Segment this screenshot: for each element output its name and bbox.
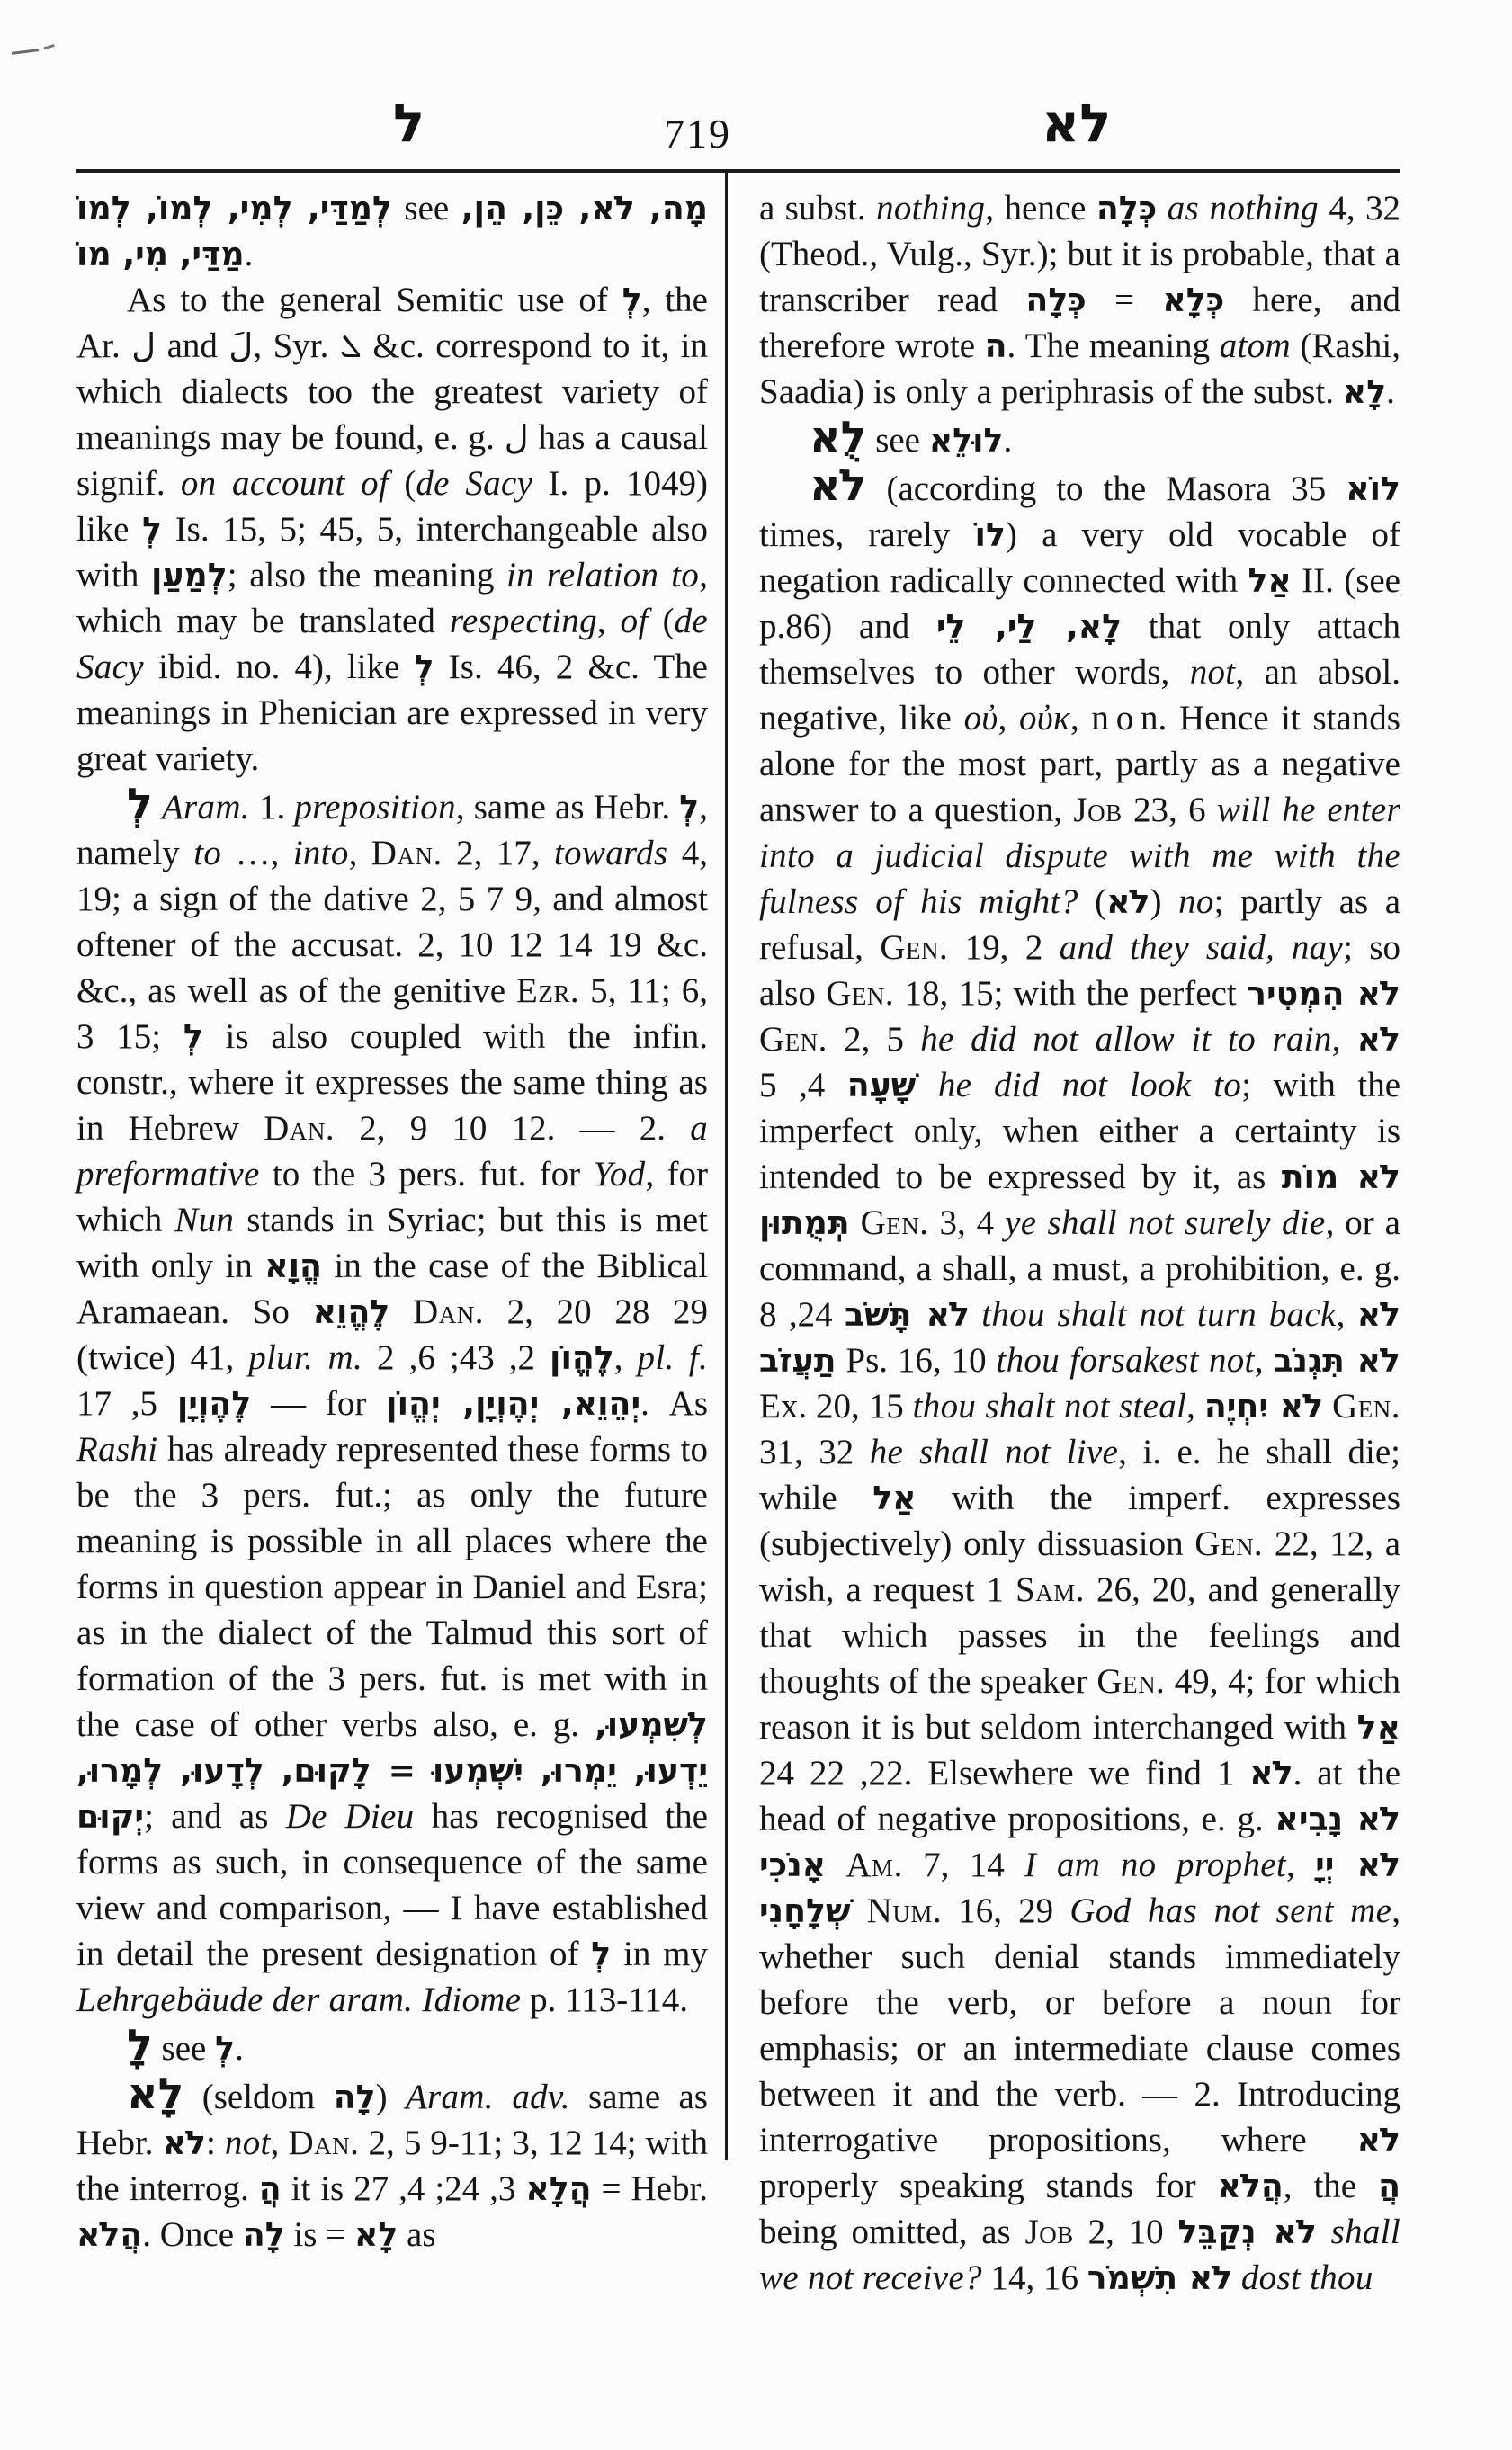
paragraph: לָ see לְ. [76,2023,708,2071]
paragraph: לֹא (according to the Masora לוֹא 35 tim… [759,463,1400,2301]
pencil-mark-artifact [12,49,39,55]
column-divider [725,173,728,2160]
paragraph: לְמַדַּי, לְמִי, לְמוֹ, לְמוֹ see מָה, ל… [76,185,708,277]
page-number: 719 [664,110,731,157]
dictionary-page-scan: ל 719 לא לְמַדַּי, לְמִי, לְמוֹ, לְמוֹ s… [0,0,1512,2450]
left-column: לְמַדַּי, לְמִי, לְמוֹ, לְמוֹ see מָה, ל… [76,185,708,2258]
paragraph: a subst. nothing, hence כְּלָה as nothin… [759,185,1400,415]
paragraph: לָא (seldom לָה) Aram. adv. same as Hebr… [76,2071,708,2258]
paragraph: לֻא see לוּלֵא. [759,415,1400,463]
header-keyword-left: ל [393,97,425,149]
paragraph: As to the general Semitic use of לְ, the… [76,277,708,782]
header-keyword-right: לא [1042,97,1111,149]
right-column: a subst. nothing, hence כְּלָה as nothin… [759,185,1400,2301]
paragraph: לְ Aram. 1. preposition, same as Hebr. ל… [76,782,708,2023]
header-rule [76,169,1400,173]
